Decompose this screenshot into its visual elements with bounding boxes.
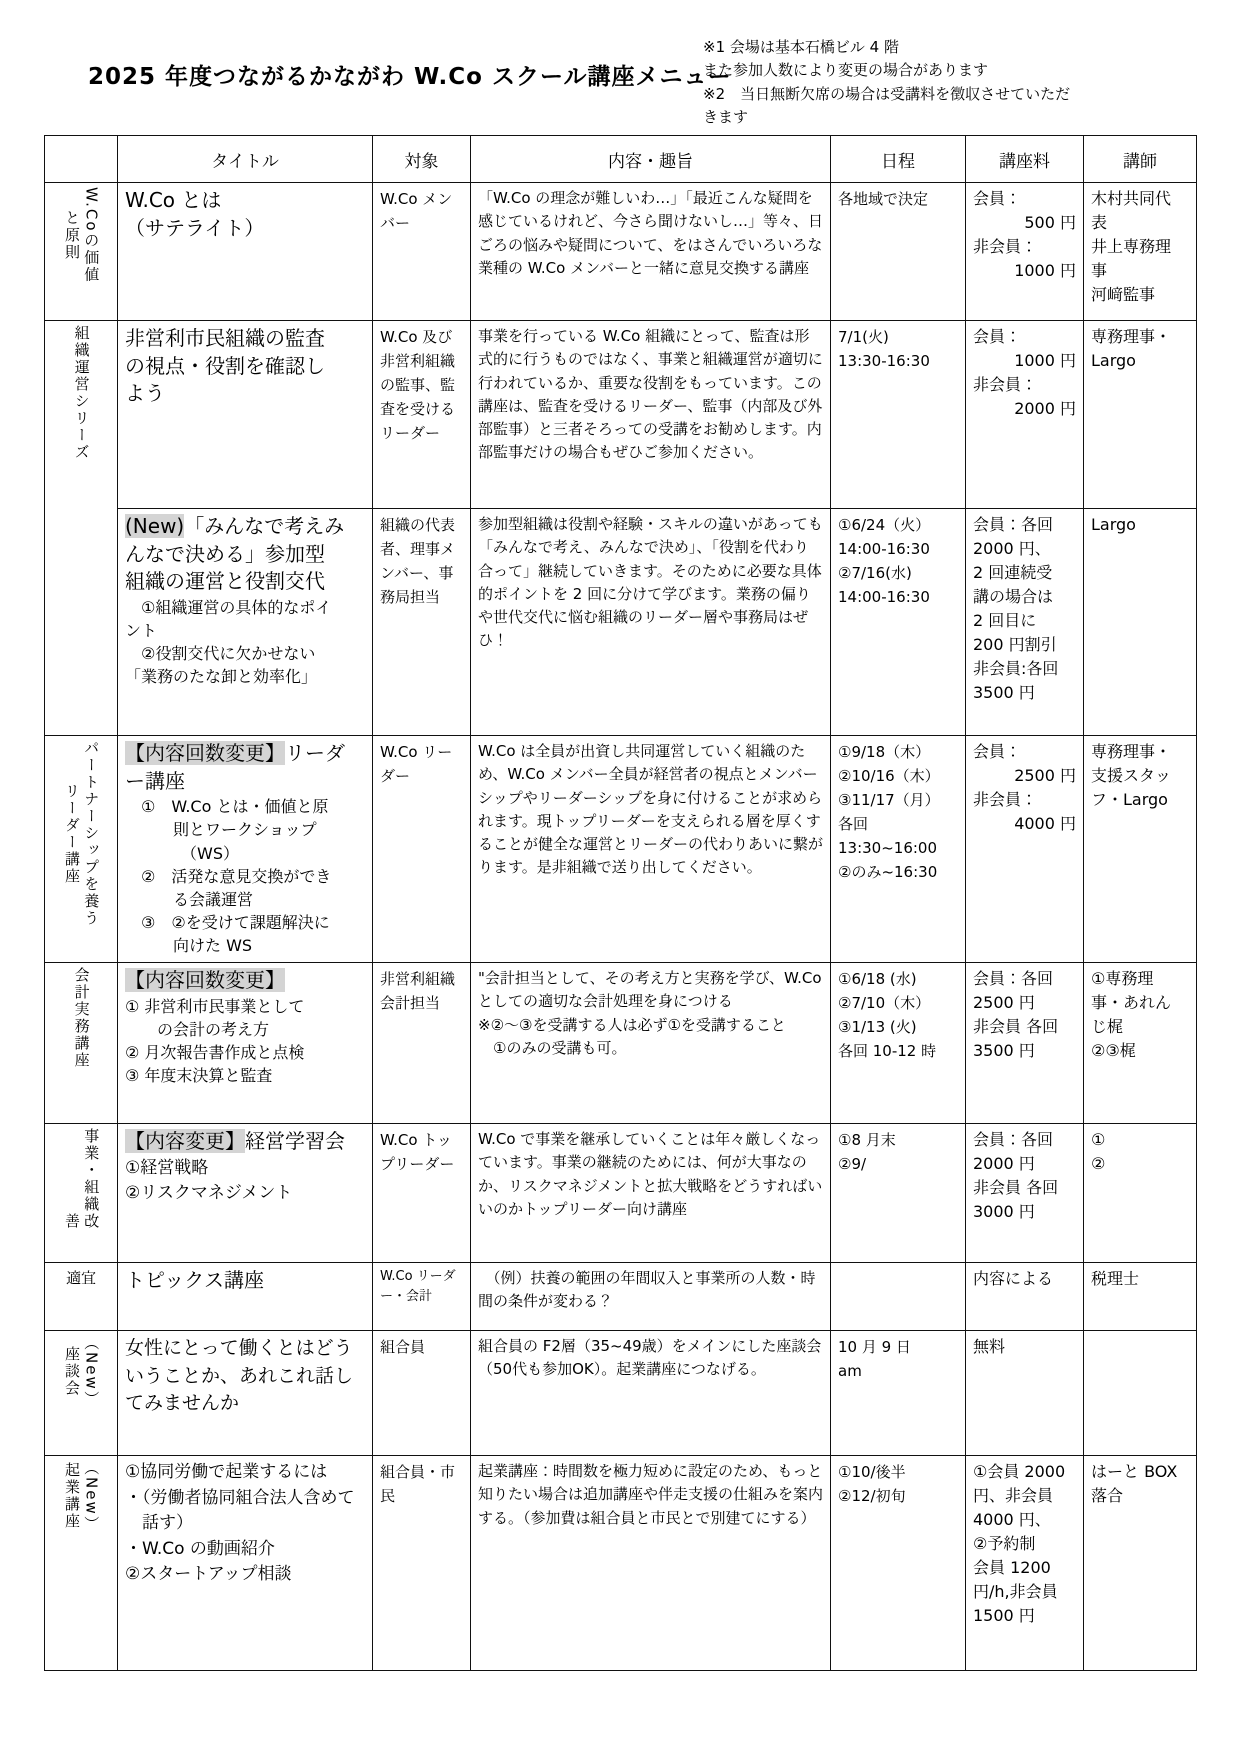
course-content: W.Co で事業を継承していくことは年々厳しくなっています。事業の継続のためには…: [471, 1124, 831, 1263]
course-content: （例）扶養の範囲の年間収入と事業所の人数・時間の条件が変わる？: [471, 1263, 831, 1331]
course-schedule: [831, 1263, 966, 1331]
table-row: 座談会（New） 女性にとって働くとはどういうことか、あれこれ話してみませんか …: [45, 1331, 1197, 1456]
table-row: 組織運営シリーズ 非営利市民組織の監査の視点・役割を確認しよう W.Co 及び非…: [45, 321, 1197, 509]
course-schedule: 7/1(火)13:30-16:30: [831, 321, 966, 509]
course-fee: 会員：各回2500 円非会員 各回3500 円: [966, 963, 1084, 1124]
course-instructor: Largo: [1084, 509, 1197, 736]
course-instructor: ①専務理事・あれんじ梶②③梶: [1084, 963, 1197, 1124]
course-target: W.Co メンバー: [373, 183, 471, 321]
course-fee: ①会員 2000円、非会員4000 円、②予約制会員 1200円/h,非会員15…: [966, 1456, 1084, 1671]
course-title: トピックス講座: [118, 1263, 373, 1331]
course-fee: 会員：各回2000 円非会員 各回3000 円: [966, 1124, 1084, 1263]
category-business-improvement: 善事業・組織改: [45, 1124, 118, 1263]
course-content: 組合員の F2層（35~49歳）をメインにした座談会（50代も参加OK）。起業講…: [471, 1331, 831, 1456]
course-title: ①協同労働で起業するには・（労働者協同組合法人含めて 話す）・W.Co の動画紹…: [118, 1456, 373, 1671]
course-schedule: ①6/24（火）14:00-16:30②7/16(水)14:00-16:30: [831, 509, 966, 736]
course-instructor: 専務理事・支援スタッフ・Largo: [1084, 736, 1197, 963]
course-schedule: 各地域で決定: [831, 183, 966, 321]
course-instructor: 木村共同代表井上専務理事河﨑監事: [1084, 183, 1197, 321]
page-notes: ※1 会場は基本石橋ビル 4 階また参加人数により変更の場合があります※2 当日…: [703, 36, 1173, 129]
course-title: W.Co とは（サテライト）: [118, 183, 373, 321]
course-target: 非営利組織会計担当: [373, 963, 471, 1124]
table-row: 適宜 トピックス講座 W.Co リーダー・会計 （例）扶養の範囲の年間収入と事業…: [45, 1263, 1197, 1331]
course-schedule: ①9/18（木）②10/16（木）③11/17（月）各回13:30~16:00②…: [831, 736, 966, 963]
course-fee: 無料: [966, 1331, 1084, 1456]
course-schedule: ①10/後半②12/初旬: [831, 1456, 966, 1671]
course-target: W.Co トップリーダー: [373, 1124, 471, 1263]
course-target: W.Co リーダー: [373, 736, 471, 963]
course-title: 【内容変更】経営学習会①経営戦略②リスクマネジメント: [118, 1124, 373, 1263]
course-title: 女性にとって働くとはどういうことか、あれこれ話してみませんか: [118, 1331, 373, 1456]
course-target: 組合員: [373, 1331, 471, 1456]
table-row: 善事業・組織改 【内容変更】経営学習会①経営戦略②リスクマネジメント W.Co …: [45, 1124, 1197, 1263]
course-target: 組織の代表者、理事メンバー、事務局担当: [373, 509, 471, 736]
course-fee: 内容による: [966, 1263, 1084, 1331]
course-instructor: 税理士: [1084, 1263, 1197, 1331]
header-category: [45, 136, 118, 183]
course-target: W.Co 及び非営利組織の監事、監査を受けるリーダー: [373, 321, 471, 509]
header-content: 内容・趣旨: [471, 136, 831, 183]
course-content: 事業を行っている W.Co 組織にとって、監査は形式的に行うものではなく、事業と…: [471, 321, 831, 509]
header-title: タイトル: [118, 136, 373, 183]
document-page: { "page": { "title": "2025 年度つながるかながわ W.…: [0, 0, 1241, 1755]
header-row: タイトル 対象 内容・趣旨 日程 講座料 講師: [45, 136, 1197, 183]
course-schedule: 10 月 9 日am: [831, 1331, 966, 1456]
course-title: 【内容回数変更】リーダー講座 ① W.Co とは・価値と原 則とワークショップ …: [118, 736, 373, 963]
course-instructor: はーと BOX落合: [1084, 1456, 1197, 1671]
category-startup-course-new: 起業講座（New）: [45, 1456, 118, 1671]
course-fee: 会員：2500 円非会員：4000 円: [966, 736, 1084, 963]
course-target: W.Co リーダー・会計: [373, 1263, 471, 1331]
course-content: 参加型組織は役割や経験・スキルの違いがあっても「みんなで考え、みんなで決め」、「…: [471, 509, 831, 736]
course-title: 【内容回数変更】① 非営利市民事業として の会計の考え方② 月次報告書作成と点検…: [118, 963, 373, 1124]
table-row: 起業講座（New） ①協同労働で起業するには・（労働者協同組合法人含めて 話す）…: [45, 1456, 1197, 1671]
course-schedule: ①6/18 (水)②7/10（木）③1/13 (火)各回 10-12 時: [831, 963, 966, 1124]
header-instructor: 講師: [1084, 136, 1197, 183]
course-fee: 会員：各回2000 円、2 回連続受講の場合は2 回目に200 円割引非会員:各…: [966, 509, 1084, 736]
category-as-needed: 適宜: [45, 1263, 118, 1331]
course-content: 起業講座：時間数を極力短めに設定のため、もっと知りたい場合は追加講座や伴走支援の…: [471, 1456, 831, 1671]
category-organization-series: 組織運営シリーズ: [45, 321, 118, 736]
table-row: と原則W.Coの価値 W.Co とは（サテライト） W.Co メンバー 「W.C…: [45, 183, 1197, 321]
table-row: (New)「みんなで考えみんなで決める」参加型組織の運営と役割交代 ①組織運営の…: [45, 509, 1197, 736]
course-menu-table: タイトル 対象 内容・趣旨 日程 講座料 講師 と原則W.Coの価値 W.Co …: [44, 135, 1197, 1671]
category-leader-course: リーダー講座パートナーシップを養う: [45, 736, 118, 963]
page-title: 2025 年度つながるかながわ W.Co スクール講座メニュー: [88, 58, 732, 91]
course-title: (New)「みんなで考えみんなで決める」参加型組織の運営と役割交代 ①組織運営の…: [118, 509, 373, 736]
header-schedule: 日程: [831, 136, 966, 183]
table-row: リーダー講座パートナーシップを養う 【内容回数変更】リーダー講座 ① W.Co …: [45, 736, 1197, 963]
course-fee: 会員：1000 円非会員：2000 円: [966, 321, 1084, 509]
course-content: W.Co は全員が出資し共同運営していく組織のため、W.Co メンバー全員が経営…: [471, 736, 831, 963]
category-accounting-course: 会計実務講座: [45, 963, 118, 1124]
course-title: 非営利市民組織の監査の視点・役割を確認しよう: [118, 321, 373, 509]
course-instructor: 専務理事・Largo: [1084, 321, 1197, 509]
course-instructor: [1084, 1331, 1197, 1456]
category-wco-values: と原則W.Coの価値: [45, 183, 118, 321]
course-schedule: ①8 月末②9/: [831, 1124, 966, 1263]
header-fee: 講座料: [966, 136, 1084, 183]
course-target: 組合員・市民: [373, 1456, 471, 1671]
course-content: 「W.Co の理念が難しいわ…」「最近こんな疑問を感じているけれど、今さら聞けな…: [471, 183, 831, 321]
course-instructor: ①②: [1084, 1124, 1197, 1263]
course-fee: 会員：500 円非会員：1000 円: [966, 183, 1084, 321]
table-row: 会計実務講座 【内容回数変更】① 非営利市民事業として の会計の考え方② 月次報…: [45, 963, 1197, 1124]
course-content: "会計担当として、その考え方と実務を学び、W.Co としての適切な会計処理を身に…: [471, 963, 831, 1124]
header-target: 対象: [373, 136, 471, 183]
category-roundtable-new: 座談会（New）: [45, 1331, 118, 1456]
